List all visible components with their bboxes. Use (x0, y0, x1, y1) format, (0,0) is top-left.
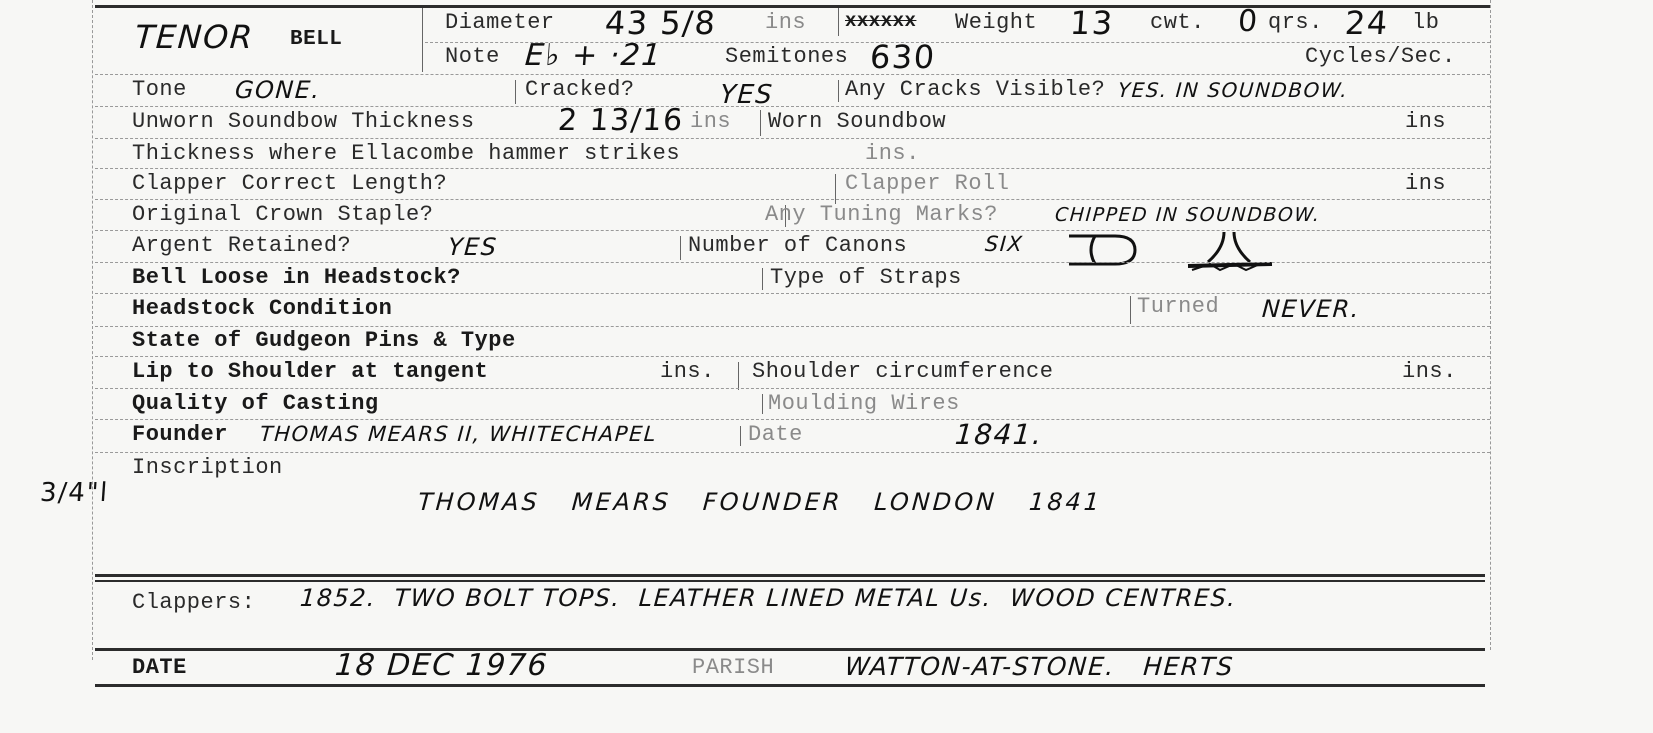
weight-divider (838, 8, 839, 36)
weight-qrs-value: 0 (1237, 4, 1260, 39)
weight-struck-text: xxxxxx (845, 10, 916, 32)
founder-value: THOMAS MEARS II, WHITECHAPEL (259, 422, 658, 446)
straps-divider (762, 268, 763, 290)
clapper-length-label: Clapper Correct Length? (132, 171, 447, 196)
worn-label: Worn Soundbow (768, 109, 946, 134)
rule-11 (95, 388, 1490, 389)
shoulder-label: Shoulder circumference (752, 359, 1053, 384)
weight-cwt-value: 13 (1069, 4, 1115, 42)
cracks-visible-label: Any Cracks Visible? (845, 77, 1105, 102)
top-rule (95, 5, 1490, 8)
right-margin-line (1490, 0, 1491, 650)
founder-label: Founder (132, 422, 228, 447)
shoulder-divider (738, 362, 739, 390)
worn-unit: ins (1405, 109, 1446, 134)
unworn-value: 2 13/16 (557, 103, 685, 138)
unworn-unit: ins (690, 109, 731, 134)
moulding-divider (762, 394, 763, 414)
cast-date-value: 1841. (954, 418, 1044, 451)
cycles-label: Cycles/Sec. (1305, 44, 1456, 69)
weight-label: Weight (955, 10, 1037, 35)
footer-parish-label: PARISH (692, 655, 774, 680)
cast-date-label: Date (748, 422, 803, 447)
rule-7 (95, 262, 1490, 263)
inscription-label: Inscription (132, 455, 283, 480)
clappers-value: 1852. TWO BOLT TOPS. LEATHER LINED METAL… (299, 584, 1237, 612)
headstock-label: Headstock Condition (132, 296, 392, 321)
clapper-roll-unit: ins (1405, 171, 1446, 196)
weight-cwt-unit: cwt. (1150, 10, 1205, 35)
left-margin-line (92, 0, 93, 660)
footer-rule-bottom (95, 684, 1485, 687)
rule-5 (95, 199, 1490, 200)
crown-staple-label: Original Crown Staple? (132, 202, 433, 227)
canons-divider (680, 236, 681, 260)
rule-13 (95, 452, 1490, 453)
cracks-visible-value: YES. IN SOUNDBOW. (1117, 78, 1349, 102)
clappers-rule-top-2 (95, 580, 1485, 582)
argent-value: YES (447, 233, 499, 261)
canons-value: SIX (984, 232, 1024, 256)
gudgeon-label: State of Gudgeon Pins & Type (132, 328, 516, 353)
note-value: E♭ + ·21 (524, 38, 663, 73)
clappers-rule-top-1 (95, 574, 1485, 577)
unworn-label: Unworn Soundbow Thickness (132, 109, 475, 134)
tone-value: GONE. (234, 76, 322, 104)
weight-qrs-unit: qrs. (1268, 10, 1323, 35)
straps-label: Type of Straps (770, 265, 962, 290)
bell-name: TENOR (134, 18, 255, 56)
rule-4 (95, 168, 1490, 169)
canons-label: Number of Canons (688, 233, 907, 258)
footer-parish-value: WATTON-AT-STONE. HERTS (844, 652, 1235, 681)
clapper-roll-label: Clapper Roll (845, 171, 1009, 196)
tone-label: Tone (132, 77, 187, 102)
cracked-divider (515, 80, 516, 104)
weight-lb-value: 24 (1344, 4, 1390, 42)
bell-label: BELL (290, 28, 342, 51)
header-divider (422, 8, 423, 72)
semitones-value: 630 (869, 38, 937, 76)
rule-6 (95, 230, 1490, 231)
rule-9 (95, 326, 1490, 327)
rule-2 (95, 106, 1490, 107)
footer-rule-top (95, 648, 1485, 651)
casting-label: Quality of Casting (132, 391, 379, 416)
rule-8 (95, 293, 1490, 294)
bell-loose-label: Bell Loose in Headstock? (132, 265, 461, 290)
footer-date-label: DATE (132, 655, 187, 680)
clappers-label: Clappers: (132, 590, 255, 615)
rule-12 (95, 419, 1490, 420)
ellacombe-label: Thickness where Ellacombe hammer strikes (132, 141, 680, 166)
diameter-unit: ins (765, 10, 806, 35)
semitones-label: Semitones (725, 44, 848, 69)
rule-1 (95, 74, 1490, 75)
worn-divider (760, 110, 761, 136)
tuning-marks-label: Any Tuning Marks? (765, 202, 998, 227)
lip-unit: ins. (660, 359, 715, 384)
turned-divider (1130, 296, 1131, 324)
cracked-label: Cracked? (525, 77, 635, 102)
moulding-label: Moulding Wires (768, 391, 960, 416)
tuning-marks-value: CHIPPED IN SOUNDBOW. (1054, 204, 1321, 226)
cracks-visible-divider (838, 80, 839, 102)
shoulder-unit: ins. (1402, 359, 1457, 384)
ellacombe-unit: ins. (865, 141, 920, 166)
date-divider (740, 426, 741, 446)
margin-note: 3/4"l (39, 478, 110, 508)
canon-top-sketch-icon (1065, 230, 1145, 270)
argent-label: Argent Retained? (132, 233, 351, 258)
lip-label: Lip to Shoulder at tangent (132, 359, 488, 384)
diameter-label: Diameter (445, 10, 555, 35)
inscription-value: THOMAS MEARS FOUNDER LONDON 1841 (417, 488, 1103, 516)
diameter-value: 43 5/8 (604, 4, 718, 42)
turned-value: NEVER. (1261, 295, 1361, 323)
rule-10 (95, 356, 1490, 357)
canon-side-sketch-icon (1180, 228, 1280, 278)
rule-3 (95, 138, 1490, 139)
weight-lb-unit: lb (1412, 10, 1439, 35)
turned-label: Turned (1137, 294, 1219, 319)
footer-date-value: 18 DEC 1976 (334, 648, 550, 683)
note-label: Note (445, 44, 500, 69)
